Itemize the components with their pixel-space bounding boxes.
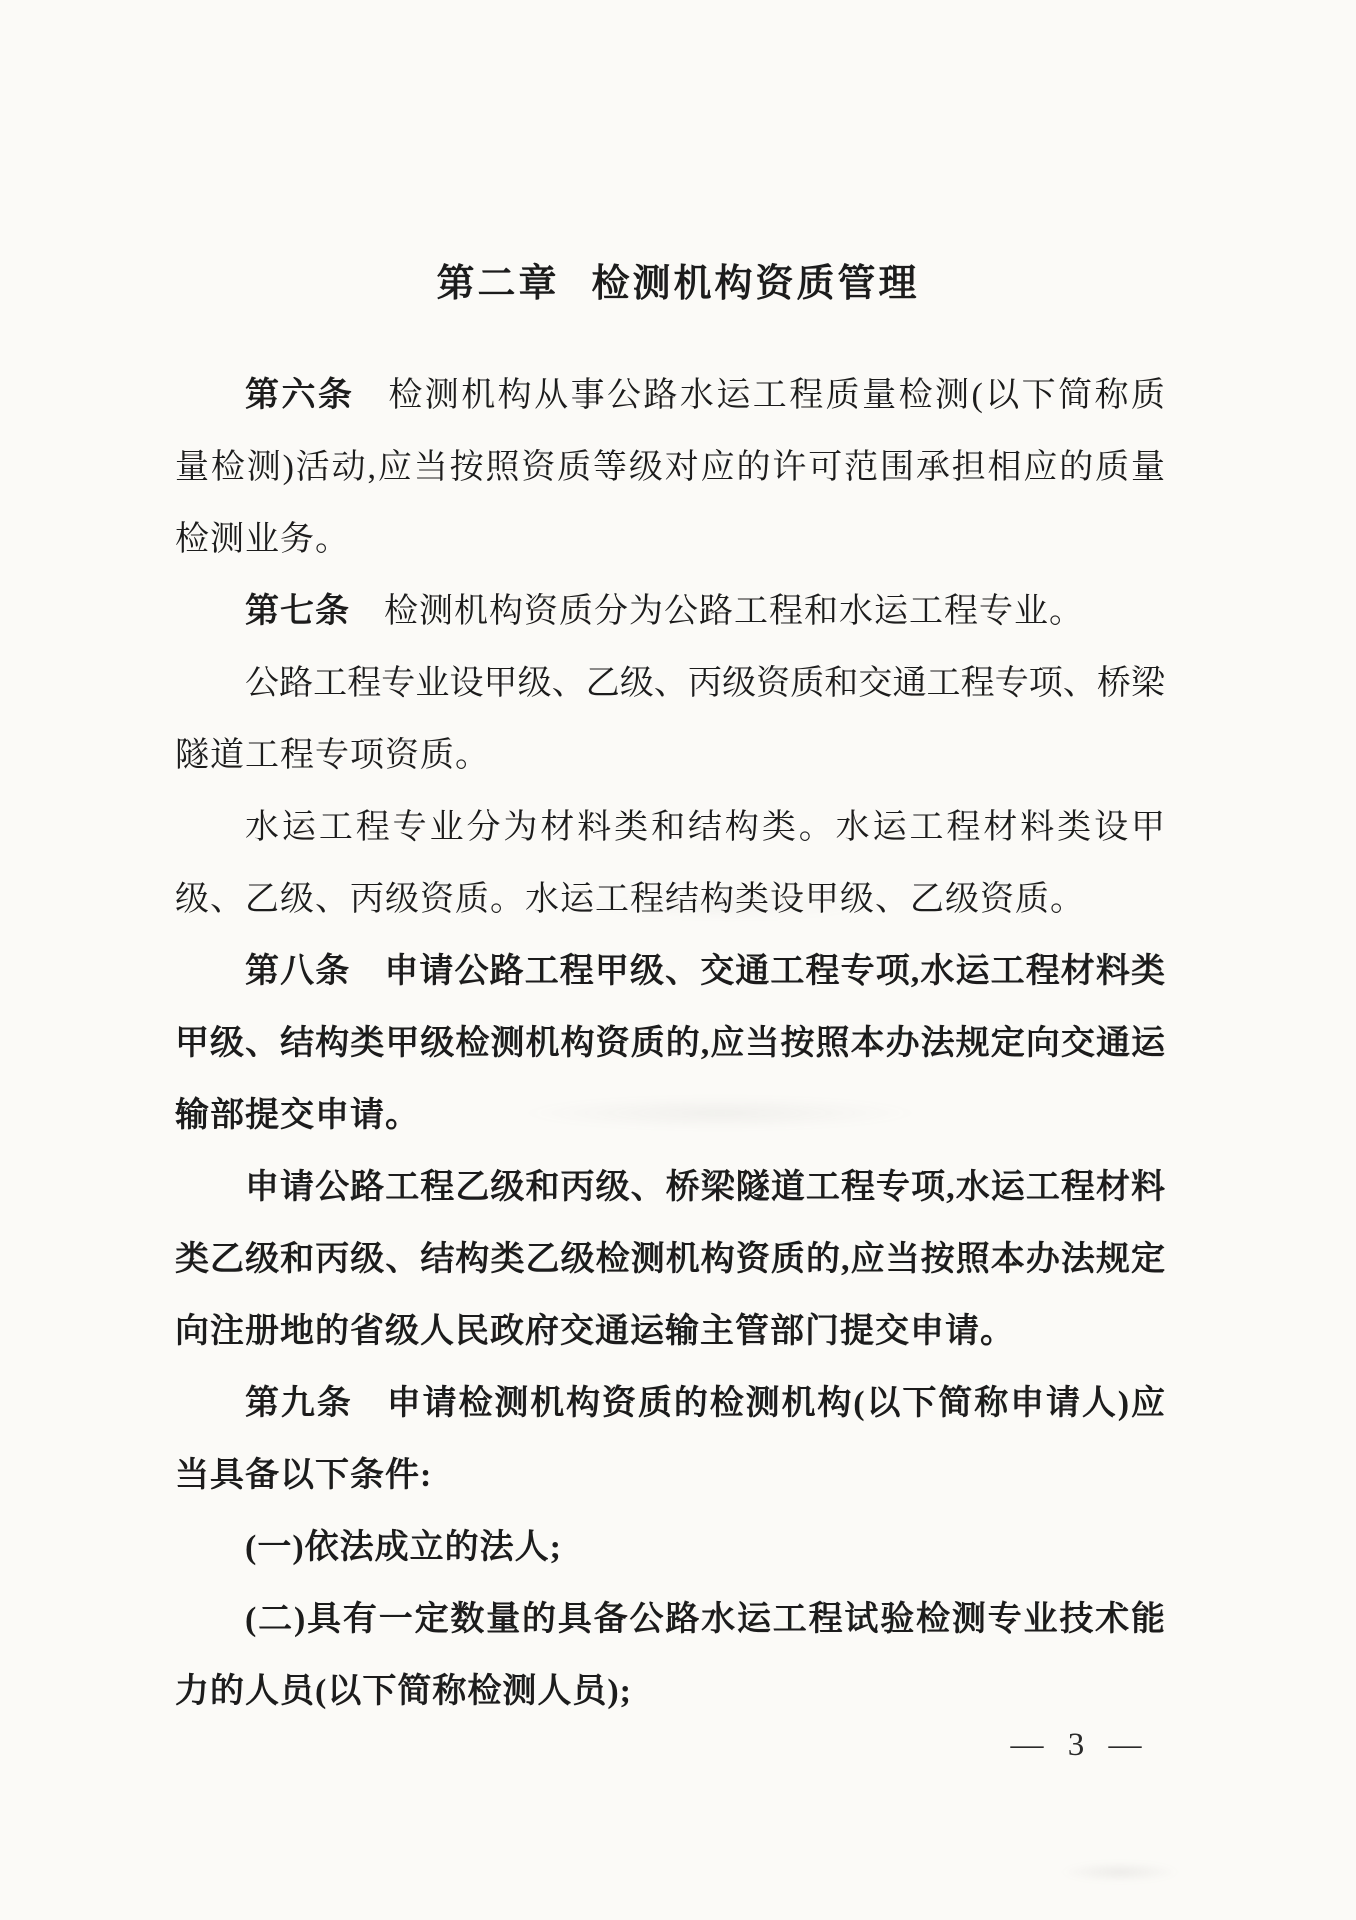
text-line: 量检测)活动,应当按照资质等级对应的许可范围承担相应的质量 — [175, 432, 1165, 504]
article-number: 第六条 — [245, 377, 354, 414]
scan-smudge — [1060, 1862, 1180, 1882]
article-number: 第七条 — [245, 593, 350, 630]
chapter-name: 检测机构资质管理 — [592, 263, 920, 305]
text-line: 检测业务。 — [175, 504, 1165, 576]
text-line: 公路工程专业设甲级、乙级、丙级资质和交通工程专项、桥梁 — [175, 648, 1165, 720]
text-line: 类乙级和丙级、结构类乙级检测机构资质的,应当按照本办法规定 — [175, 1224, 1165, 1296]
article-number: 第九条 — [245, 1385, 353, 1422]
text-line: (二)具有一定数量的具备公路水运工程试验检测专业技术能 — [175, 1584, 1165, 1656]
text-line: (一)依法成立的法人; — [175, 1512, 1165, 1584]
document-body: 第六条检测机构从事公路水运工程质量检测(以下简称质量检测)活动,应当按照资质等级… — [175, 360, 1165, 1728]
text-line: 甲级、结构类甲级检测机构资质的,应当按照本办法规定向交通运 — [175, 1008, 1165, 1080]
document-page: 第二章检测机构资质管理 第六条检测机构从事公路水运工程质量检测(以下简称质量检测… — [0, 0, 1356, 1920]
text-line: 第九条申请检测机构资质的检测机构(以下简称申请人)应 — [175, 1368, 1165, 1440]
chapter-title: 第二章检测机构资质管理 — [0, 254, 1356, 314]
text-line: 第六条检测机构从事公路水运工程质量检测(以下简称质 — [175, 360, 1165, 432]
text-line: 输部提交申请。 — [175, 1080, 1165, 1152]
text-line: 水运工程专业分为材料类和结构类。水运工程材料类设甲 — [175, 792, 1165, 864]
text-line: 力的人员(以下简称检测人员); — [175, 1656, 1165, 1728]
article-number: 第八条 — [245, 953, 350, 990]
page-number: — 3 — — [985, 1722, 1175, 1768]
text-line: 申请公路工程乙级和丙级、桥梁隧道工程专项,水运工程材料 — [175, 1152, 1165, 1224]
text-line: 第八条申请公路工程甲级、交通工程专项,水运工程材料类 — [175, 936, 1165, 1008]
text-line: 第七条检测机构资质分为公路工程和水运工程专业。 — [175, 576, 1165, 648]
text-line: 隧道工程专项资质。 — [175, 720, 1165, 792]
text-line: 当具备以下条件: — [175, 1440, 1165, 1512]
chapter-label: 第二章 — [436, 263, 559, 305]
text-line: 级、乙级、丙级资质。水运工程结构类设甲级、乙级资质。 — [175, 864, 1165, 936]
text-line: 向注册地的省级人民政府交通运输主管部门提交申请。 — [175, 1296, 1165, 1368]
